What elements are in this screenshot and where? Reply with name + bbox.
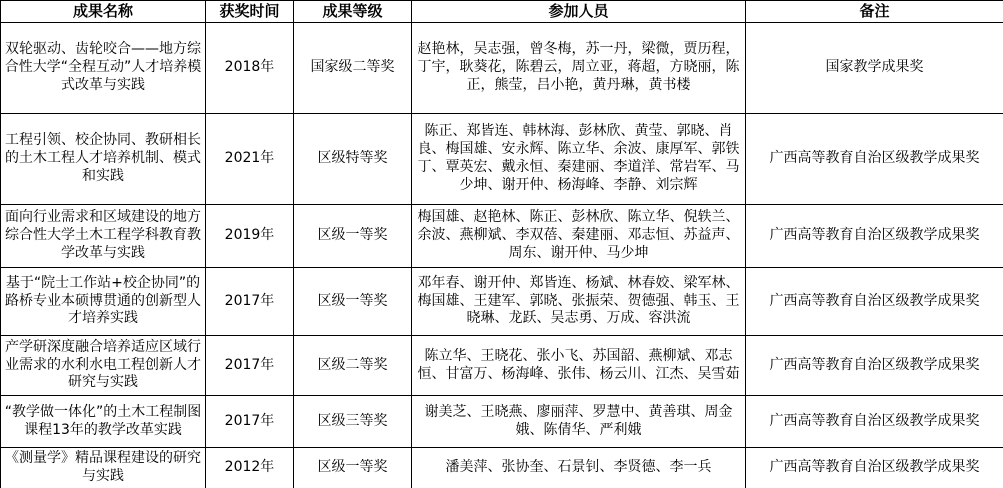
table-row: “教学做一体化”的土木工程制图课程13年的教学改革实践2017年区级三等奖谢美芝… xyxy=(1,396,1003,448)
cell-remark: 广西高等教育自治区级教学成果奖 xyxy=(746,336,1003,396)
cell-remark: 广西高等教育自治区级教学成果奖 xyxy=(746,448,1003,488)
cell-remark: 广西高等教育自治区级教学成果奖 xyxy=(746,114,1003,205)
awards-table: 成果名称 获奖时间 成果等级 参加人员 备注 双轮驱动、齿轮咬合——地方综合性大… xyxy=(0,0,1003,488)
cell-remark: 广西高等教育自治区级教学成果奖 xyxy=(746,205,1003,268)
cell-participants: 邓年春、谢开仲、郑皆连、杨斌、林春姣、梁军林、梅国雄、王建军、郭晓、张振荣、贺德… xyxy=(412,268,746,336)
table-row: 双轮驱动、齿轮咬合——地方综合性大学“全程互动”人才培养模式改革与实践2018年… xyxy=(1,23,1003,114)
cell-award-time: 2019年 xyxy=(206,205,294,268)
cell-participants: 陈正、郑皆连、韩林海、彭林欣、黄莹、郭晓、肖良、梅国雄、安永辉、陈立华、余波、康… xyxy=(412,114,746,205)
cell-participants: 陈立华、王晓花、张小飞、苏国韶、燕柳斌、邓志恒、甘富万、杨海峰、张伟、杨云川、江… xyxy=(412,336,746,396)
page: 成果名称 获奖时间 成果等级 参加人员 备注 双轮驱动、齿轮咬合——地方综合性大… xyxy=(0,0,1003,488)
cell-participants: 潘美萍、张协奎、石景钊、李贤德、李一兵 xyxy=(412,448,746,488)
cell-achievement-level: 国家级二等奖 xyxy=(294,23,412,114)
cell-participants: 谢美芝、王晓燕、廖丽萍、罗慧中、黄善琪、周金娥、陈倩华、严利娥 xyxy=(412,396,746,448)
cell-achievement-level: 区级一等奖 xyxy=(294,448,412,488)
table-row: 基于“院士工作站+校企协同”的路桥专业本硕博贯通的创新型人才培养实践2017年区… xyxy=(1,268,1003,336)
cell-achievement-name: 基于“院士工作站+校企协同”的路桥专业本硕博贯通的创新型人才培养实践 xyxy=(1,268,206,336)
cell-participants: 梅国雄、赵艳林、陈正、彭林欣、陈立华、倪轶兰、余波、燕柳斌、李双蓓、秦建丽、邓志… xyxy=(412,205,746,268)
table-row: 《测量学》精品课程建设的研究与实践2012年区级一等奖潘美萍、张协奎、石景钊、李… xyxy=(1,448,1003,488)
table-row: 面向行业需求和区域建设的地方综合性大学土木工程学科教育教学改革与实践2019年区… xyxy=(1,205,1003,268)
cell-achievement-name: 双轮驱动、齿轮咬合——地方综合性大学“全程互动”人才培养模式改革与实践 xyxy=(1,23,206,114)
cell-award-time: 2017年 xyxy=(206,268,294,336)
awards-table-body: 双轮驱动、齿轮咬合——地方综合性大学“全程互动”人才培养模式改革与实践2018年… xyxy=(1,23,1003,488)
cell-achievement-name: 产学研深度融合培养适应区域行业需求的水利水电工程创新人才研究与实践 xyxy=(1,336,206,396)
table-row: 产学研深度融合培养适应区域行业需求的水利水电工程创新人才研究与实践2017年区级… xyxy=(1,336,1003,396)
header-achievement-level: 成果等级 xyxy=(294,1,412,23)
cell-award-time: 2018年 xyxy=(206,23,294,114)
cell-achievement-level: 区级特等奖 xyxy=(294,114,412,205)
cell-remark: 广西高等教育自治区级教学成果奖 xyxy=(746,268,1003,336)
header-achievement-name: 成果名称 xyxy=(1,1,206,23)
cell-remark: 国家教学成果奖 xyxy=(746,23,1003,114)
cell-remark: 广西高等教育自治区级教学成果奖 xyxy=(746,396,1003,448)
cell-participants: 赵艳林，吴志强，曾冬梅，苏一丹，梁微，贾历程，丁宇，耿葵花，陈碧云，周立亚，蒋超… xyxy=(412,23,746,114)
table-row: 工程引领、校企协同、教研相长的土木工程人才培养机制、模式和实践2021年区级特等… xyxy=(1,114,1003,205)
header-award-time: 获奖时间 xyxy=(206,1,294,23)
cell-achievement-name: 《测量学》精品课程建设的研究与实践 xyxy=(1,448,206,488)
header-row: 成果名称 获奖时间 成果等级 参加人员 备注 xyxy=(1,1,1003,23)
cell-award-time: 2017年 xyxy=(206,336,294,396)
cell-achievement-name: 面向行业需求和区域建设的地方综合性大学土木工程学科教育教学改革与实践 xyxy=(1,205,206,268)
awards-table-header: 成果名称 获奖时间 成果等级 参加人员 备注 xyxy=(1,1,1003,23)
cell-achievement-level: 区级一等奖 xyxy=(294,205,412,268)
cell-achievement-level: 区级三等奖 xyxy=(294,396,412,448)
cell-achievement-name: “教学做一体化”的土木工程制图课程13年的教学改革实践 xyxy=(1,396,206,448)
header-participants: 参加人员 xyxy=(412,1,746,23)
cell-achievement-level: 区级二等奖 xyxy=(294,336,412,396)
cell-award-time: 2012年 xyxy=(206,448,294,488)
cell-achievement-level: 区级一等奖 xyxy=(294,268,412,336)
cell-award-time: 2021年 xyxy=(206,114,294,205)
cell-achievement-name: 工程引领、校企协同、教研相长的土木工程人才培养机制、模式和实践 xyxy=(1,114,206,205)
header-remark: 备注 xyxy=(746,1,1003,23)
cell-award-time: 2017年 xyxy=(206,396,294,448)
